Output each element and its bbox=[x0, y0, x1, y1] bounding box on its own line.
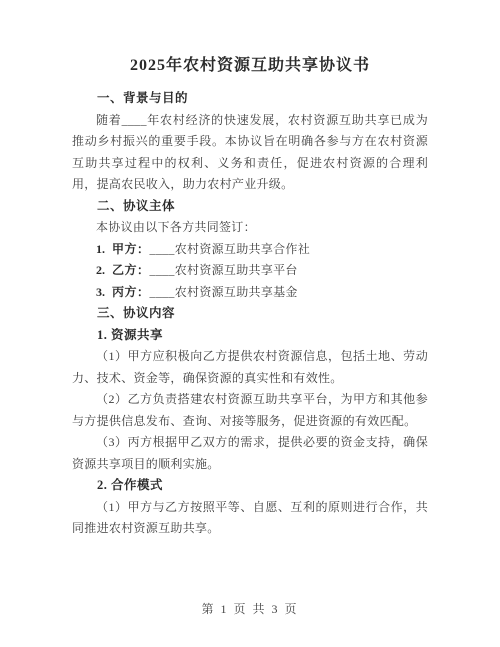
section-heading-content: 三、协议内容 bbox=[72, 303, 428, 325]
paragraph-resource-sharing-3: （3）丙方根据甲乙双方的需求，提供必要的资金支持，确保资源共享项目的顺利实施。 bbox=[72, 432, 428, 475]
party-item-bingfang: 3.丙方：____农村资源互助共享基金 bbox=[72, 282, 428, 304]
subsection-heading-cooperation-mode: 2. 合作模式 bbox=[72, 475, 428, 497]
party-number: 2. bbox=[96, 263, 105, 277]
document-title: 2025年农村资源互助共享协议书 bbox=[72, 54, 428, 78]
subsection-heading-resource-sharing: 1. 资源共享 bbox=[72, 325, 428, 347]
page-number-footer: 第 1 页 共 3 页 bbox=[0, 600, 500, 617]
party-number: 1. bbox=[96, 242, 105, 256]
section-heading-parties: 二、协议主体 bbox=[72, 196, 428, 218]
paragraph-cooperation-mode-1: （1）甲方与乙方按照平等、自愿、互利的原则进行合作，共同推进农村资源互助共享。 bbox=[72, 497, 428, 540]
party-value: ____农村资源互助共享合作社 bbox=[150, 242, 311, 256]
party-value: ____农村资源互助共享平台 bbox=[150, 263, 298, 277]
paragraph-resource-sharing-1: （1）甲方应积极向乙方提供农村资源信息，包括土地、劳动力、技术、资金等，确保资源… bbox=[72, 346, 428, 389]
party-value: ____农村资源互助共享基金 bbox=[150, 285, 298, 299]
paragraph-background: 随着____年农村经济的快速发展，农村资源互助共享已成为推动乡村振兴的重要手段。… bbox=[72, 110, 428, 196]
party-label: 丙方： bbox=[112, 285, 150, 299]
party-item-jiafang: 1.甲方：____农村资源互助共享合作社 bbox=[72, 239, 428, 261]
paragraph-resource-sharing-2: （2）乙方负责搭建农村资源互助共享平台，为甲方和其他参与方提供信息发布、查询、对… bbox=[72, 389, 428, 432]
party-label: 乙方： bbox=[112, 263, 150, 277]
section-heading-background: 一、背景与目的 bbox=[72, 88, 428, 110]
party-item-yifang: 2.乙方：____农村资源互助共享平台 bbox=[72, 260, 428, 282]
party-number: 3. bbox=[96, 285, 105, 299]
paragraph-parties-intro: 本协议由以下各方共同签订： bbox=[72, 217, 428, 239]
party-label: 甲方： bbox=[112, 242, 150, 256]
document-page: 2025年农村资源互助共享协议书 一、背景与目的 随着____年农村经济的快速发… bbox=[0, 0, 500, 647]
